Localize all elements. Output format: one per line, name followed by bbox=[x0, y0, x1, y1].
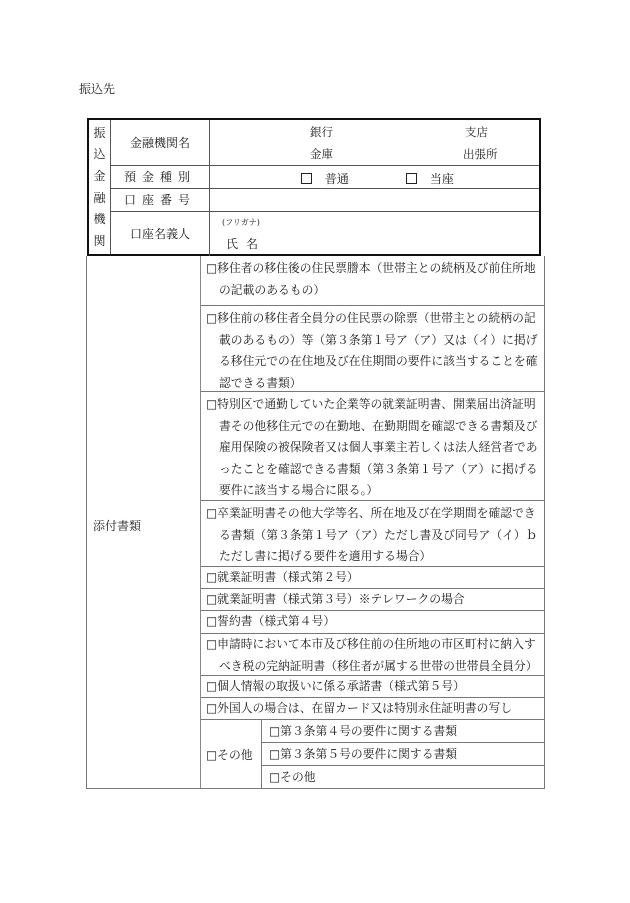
attachment-item-text: □特別区で通勤していた企業等の就業証明書、開業届出済証明書その他移住元での在勤地… bbox=[206, 394, 540, 502]
other-sub-item[interactable]: □第３条第４号の要件に関する書類 bbox=[262, 720, 544, 743]
account-number-label: 口座番号 bbox=[111, 188, 210, 211]
attachment-item-text: □就業証明書（様式第３号）※テレワークの場合 bbox=[206, 589, 540, 611]
financial-institution-side-label: 振 込 金 融 機 関 bbox=[89, 120, 111, 254]
attachment-item-text: □申請時において本市及び移住前の住所地の市区町村に納入すべき税の完納証明書（移住… bbox=[206, 634, 540, 677]
name-label: 氏名 bbox=[226, 235, 266, 252]
account-number-field[interactable] bbox=[210, 188, 539, 211]
attachment-item-text: □移住者の移住後の住民票謄本（世帯主との続柄及び前住所地の記載のあるもの） bbox=[206, 258, 540, 301]
bank-transfer-table: 振 込 金 融 機 関 金融機関名 銀行 金庫 支店 出張所 預金種別 普通 当… bbox=[87, 118, 541, 256]
account-holder-label: 口座名義人 bbox=[111, 211, 210, 256]
shinkin-suffix: 金庫 bbox=[310, 146, 333, 162]
attachment-item[interactable]: □申請時において本市及び移住前の住所地の市区町村に納入すべき税の完納証明書（移住… bbox=[201, 634, 544, 676]
attachment-item[interactable]: □誓約書（様式第４号） bbox=[201, 611, 544, 634]
institution-name-label: 金融機関名 bbox=[111, 120, 210, 165]
side-label-char: 融 bbox=[93, 192, 105, 204]
institution-name-field[interactable]: 銀行 金庫 支店 出張所 bbox=[210, 120, 539, 165]
attachment-item-text: □外国人の場合は、在留カード又は特別永住証明書の写し bbox=[206, 698, 540, 720]
attachment-item-text: □誓約書（様式第４号） bbox=[206, 611, 540, 633]
attachment-item[interactable]: □個人情報の取扱いに係る承諾書（様式第５号） bbox=[201, 676, 544, 698]
attachment-item[interactable]: □就業証明書（様式第３号）※テレワークの場合 bbox=[201, 589, 544, 611]
side-label-char: 関 bbox=[93, 235, 105, 247]
attachment-item[interactable]: □就業証明書（様式第２号） bbox=[201, 567, 544, 589]
attachment-item[interactable]: □移住者の移住後の住民票謄本（世帯主との続柄及び前住所地の記載のあるもの） bbox=[201, 256, 544, 306]
deposit-type-label: 預金種別 bbox=[111, 165, 210, 188]
attachment-item[interactable]: □卒業証明書その他大学等名、所在地及び在学期間を確認できる書類（第３条第１号ア（… bbox=[201, 501, 544, 567]
branch-suffix: 支店 bbox=[465, 124, 488, 140]
attachment-other-label[interactable]: □その他 bbox=[201, 720, 262, 789]
attachment-item-text: □就業証明書（様式第２号） bbox=[206, 567, 540, 589]
deposit-type-field: 普通 当座 bbox=[210, 165, 539, 188]
bank-suffix: 銀行 bbox=[310, 124, 333, 140]
deposit-type-current[interactable]: 当座 bbox=[406, 170, 454, 187]
side-label-char: 込 bbox=[93, 148, 105, 160]
ordinary-label: 普通 bbox=[325, 172, 349, 186]
attachments-label: 添付書類 bbox=[93, 517, 141, 534]
attachment-item[interactable]: □外国人の場合は、在留カード又は特別永住証明書の写し bbox=[201, 698, 544, 720]
other-sub-item[interactable]: □第３条第５号の要件に関する書類 bbox=[262, 743, 544, 766]
account-holder-field[interactable]: (フリガナ) 氏名 bbox=[210, 211, 539, 256]
attachment-item-text: □個人情報の取扱いに係る承諾書（様式第５号） bbox=[206, 676, 540, 698]
attachments-table: 添付書類 □移住者の移住後の住民票謄本（世帯主との続柄及び前住所地の記載のあるも… bbox=[86, 256, 545, 789]
furigana-label: (フリガナ) bbox=[222, 217, 260, 228]
side-label-char: 金 bbox=[93, 170, 105, 182]
side-label-char: 機 bbox=[93, 213, 105, 225]
attachment-item-text: □移住前の移住者全員分の住民票の除票（世帯主との続柄の記載のあるもの）等（第３条… bbox=[206, 308, 540, 394]
attachment-item-text: □卒業証明書その他大学等名、所在地及び在学期間を確認できる書類（第３条第１号ア（… bbox=[206, 503, 540, 568]
current-checkbox[interactable] bbox=[406, 173, 417, 184]
current-label: 当座 bbox=[430, 172, 454, 186]
branch-office-suffix: 出張所 bbox=[463, 146, 498, 162]
attachment-item[interactable]: □特別区で通勤していた企業等の就業証明書、開業届出済証明書その他移住元での在勤地… bbox=[201, 392, 544, 501]
section-heading: 振込先 bbox=[79, 80, 115, 97]
deposit-type-ordinary[interactable]: 普通 bbox=[301, 170, 349, 187]
other-sub-item[interactable]: □その他 bbox=[262, 766, 544, 789]
attachment-other-group: □その他 □第３条第４号の要件に関する書類 □第３条第５号の要件に関する書類 □… bbox=[201, 720, 544, 789]
attachments-label-cell: 添付書類 bbox=[87, 256, 201, 788]
attachment-item[interactable]: □移住前の移住者全員分の住民票の除票（世帯主との続柄の記載のあるもの）等（第３条… bbox=[201, 306, 544, 392]
ordinary-checkbox[interactable] bbox=[301, 173, 312, 184]
side-label-char: 振 bbox=[93, 127, 105, 139]
